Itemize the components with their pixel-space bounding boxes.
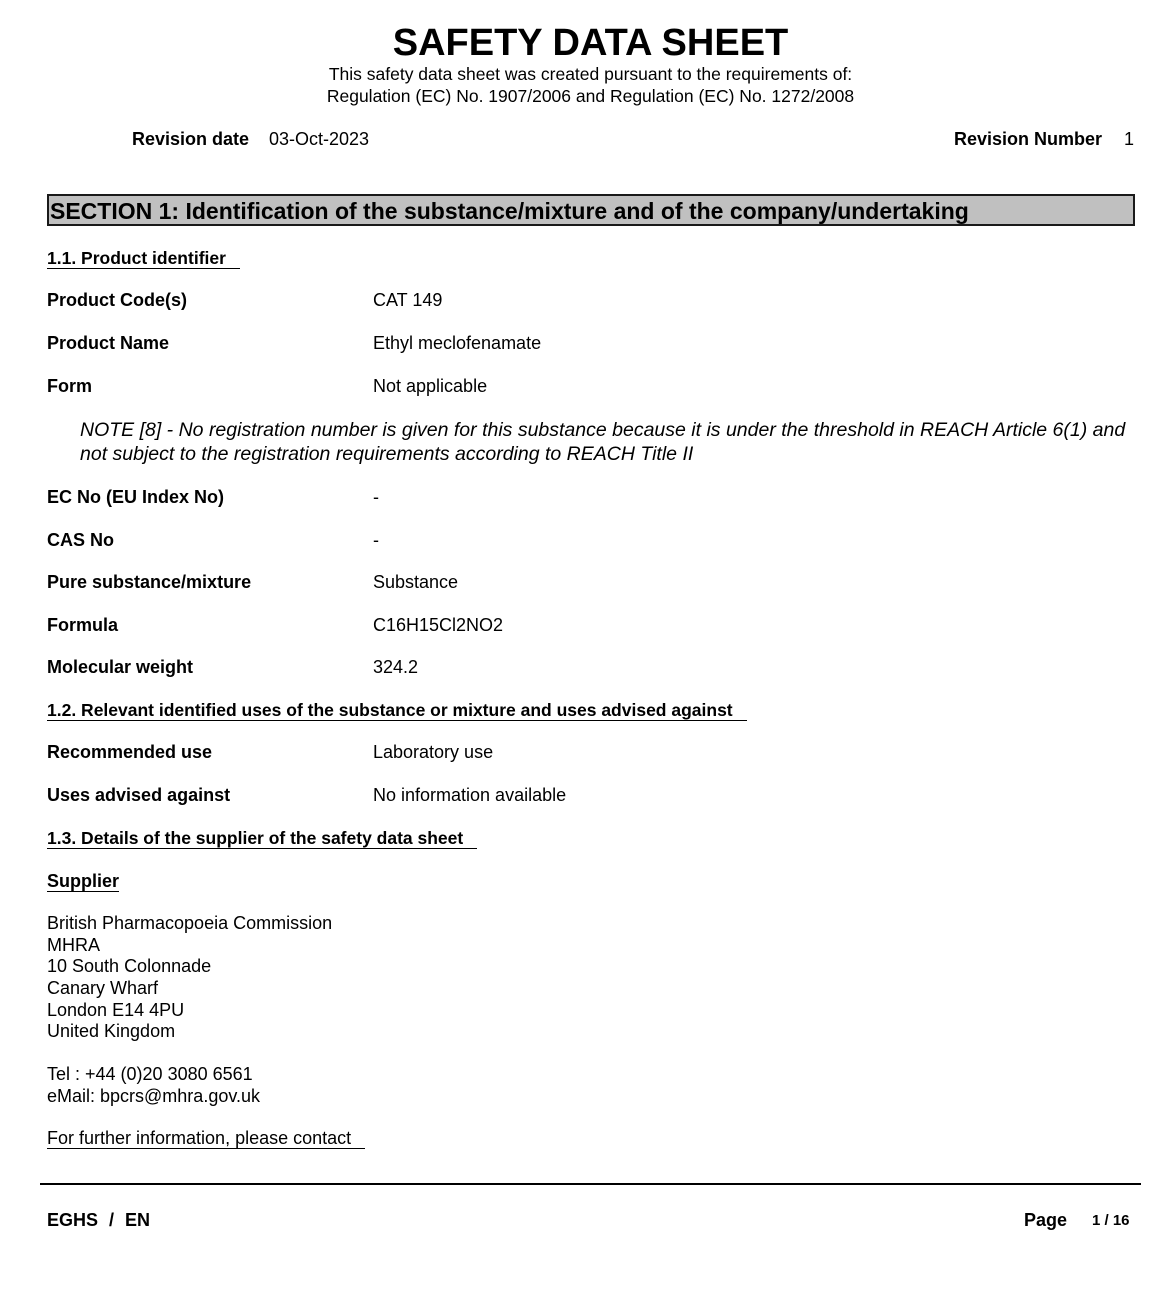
supplier-address-line: MHRA (47, 935, 100, 957)
formula-value: C16H15Cl2NO2 (373, 615, 503, 636)
product-code-value: CAT 149 (373, 290, 442, 311)
formula-label: Formula (47, 615, 118, 636)
product-name-label: Product Name (47, 333, 169, 354)
document-subtitle-line-2: Regulation (EC) No. 1907/2006 and Regula… (0, 85, 1168, 107)
document-subtitle-line-1: This safety data sheet was created pursu… (0, 63, 1168, 85)
supplier-telephone: Tel : +44 (0)20 3080 6561 (47, 1064, 253, 1086)
supplier-heading: Supplier (47, 871, 119, 892)
revision-date-value: 03-Oct-2023 (269, 129, 369, 150)
supplier-address-line: United Kingdom (47, 1021, 175, 1043)
revision-date-label: Revision date (132, 129, 249, 150)
subsection-1-2-heading: 1.2. Relevant identified uses of the sub… (47, 700, 747, 721)
supplier-address-line: London E14 4PU (47, 1000, 184, 1022)
revision-number-label: Revision Number (954, 129, 1102, 150)
recommended-use-value: Laboratory use (373, 742, 493, 763)
uses-advised-against-label: Uses advised against (47, 785, 230, 806)
subsection-1-3-heading: 1.3. Details of the supplier of the safe… (47, 828, 477, 849)
footer-format-language: EGHS / EN (47, 1210, 150, 1231)
document-title: SAFETY DATA SHEET (0, 20, 1168, 66)
form-label: Form (47, 376, 92, 397)
recommended-use-label: Recommended use (47, 742, 212, 763)
product-name-value: Ethyl meclofenamate (373, 333, 541, 354)
footer-page-label: Page (1024, 1210, 1067, 1231)
product-code-label: Product Code(s) (47, 290, 187, 311)
molecular-weight-value: 324.2 (373, 657, 418, 678)
form-value: Not applicable (373, 376, 487, 397)
footer-divider (40, 1183, 1141, 1185)
footer-page-number: 1 / 16 (1092, 1212, 1130, 1229)
supplier-address-line: Canary Wharf (47, 978, 158, 1000)
ec-no-label: EC No (EU Index No) (47, 487, 224, 508)
supplier-address-line: 10 South Colonnade (47, 956, 211, 978)
uses-advised-against-value: No information available (373, 785, 566, 806)
subsection-1-1-heading: 1.1. Product identifier (47, 248, 240, 269)
supplier-address-line: British Pharmacopoeia Commission (47, 913, 332, 935)
pure-substance-value: Substance (373, 572, 458, 593)
revision-number-value: 1 (1124, 129, 1134, 150)
cas-no-value: - (373, 530, 379, 551)
supplier-email[interactable]: eMail: bpcrs@mhra.gov.uk (47, 1086, 260, 1108)
pure-substance-label: Pure substance/mixture (47, 572, 251, 593)
molecular-weight-label: Molecular weight (47, 657, 193, 678)
section-1-header: SECTION 1: Identification of the substan… (47, 194, 1135, 226)
registration-note: NOTE [8] - No registration number is giv… (80, 418, 1140, 466)
further-information-heading: For further information, please contact (47, 1128, 365, 1149)
ec-no-value: - (373, 487, 379, 508)
cas-no-label: CAS No (47, 530, 114, 551)
